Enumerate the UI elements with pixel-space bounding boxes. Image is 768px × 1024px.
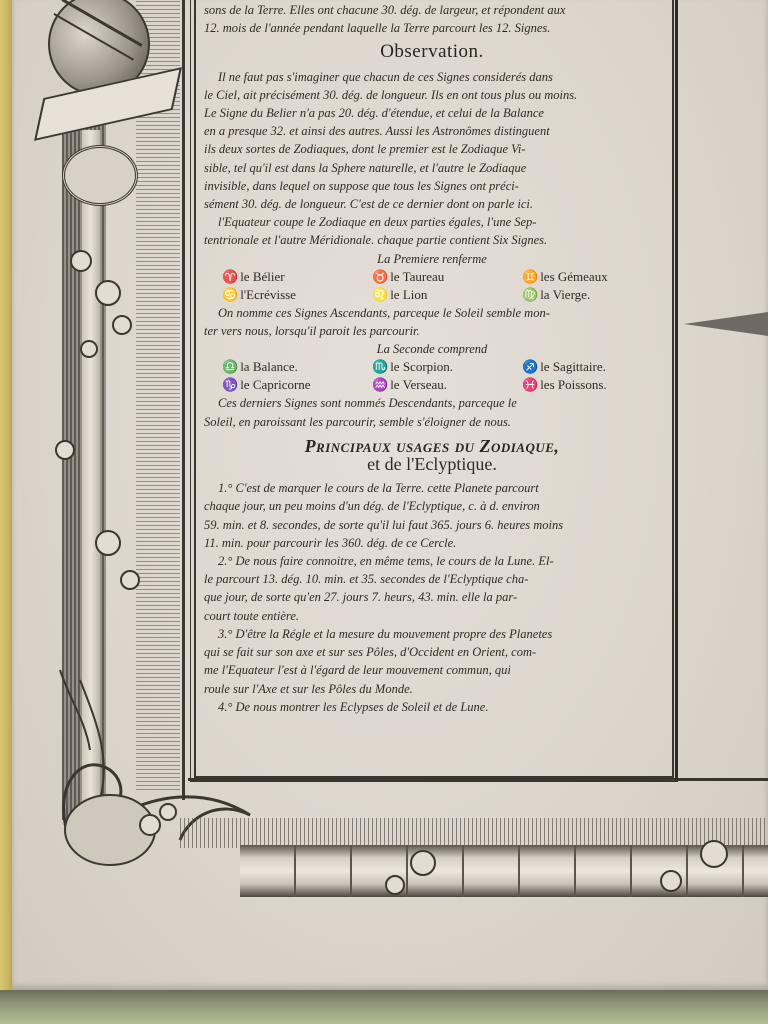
flower-garland-icon	[95, 530, 121, 556]
second-group-label: La Seconde comprend	[204, 340, 660, 358]
sign-aries: ♈le Bélier	[222, 268, 372, 286]
usage-1-line: 1.° C'est de marquer le cours de la Terr…	[204, 479, 660, 497]
descendants-line: Soleil, en paroissant les parcourir, sem…	[204, 413, 660, 431]
border-rule-right	[675, 0, 678, 780]
flower-garland-icon	[700, 840, 728, 868]
observation-line: invisible, dans lequel on suppose que to…	[204, 177, 660, 195]
usage-2-line: le parcourt 13. dég. 10. min. et 35. sec…	[204, 570, 660, 588]
usage-2-line: 2.° De nous faire connoitre, en même tem…	[204, 552, 660, 570]
flower-garland-icon	[95, 280, 121, 306]
aquarius-glyph-icon: ♒	[372, 377, 388, 392]
usage-3-line: 3.° D'être la Régle et la mesure du mouv…	[204, 625, 660, 643]
medallion-icon	[62, 145, 138, 206]
flower-garland-icon	[55, 440, 75, 460]
zodiac-text-body: sons de la Terre. Elles ont chacune 30. …	[204, 0, 660, 716]
observation-line: ils deux sortes de Zodiaques, dont le pr…	[204, 140, 660, 158]
northern-signs-list: ♈le Bélier ♉le Taureau ♊les Gémeaux ♋l'E…	[204, 268, 660, 304]
intro-line: sons de la Terre. Elles ont chacune 30. …	[204, 1, 660, 19]
usage-3-line: roule sur l'Axe et sur les Pôles du Mond…	[204, 680, 660, 698]
observation-line: sible, tel qu'il est dans la Sphere natu…	[204, 159, 660, 177]
flower-garland-icon	[660, 870, 682, 892]
observation-line: le Ciel, ait précisément 30. dég. de lon…	[204, 86, 660, 104]
panel-bottom-rule	[188, 778, 768, 781]
usages-subheading: et de l'Eclyptique.	[204, 455, 660, 473]
sign-gemini: ♊les Gémeaux	[522, 268, 672, 286]
taurus-glyph-icon: ♉	[372, 269, 388, 284]
southern-signs-list: ♎la Balance. ♏le Scorpion. ♐le Sagittair…	[204, 358, 660, 394]
flower-garland-icon	[385, 875, 405, 895]
capricorn-glyph-icon: ♑	[222, 377, 238, 392]
leo-glyph-icon: ♌	[372, 287, 388, 302]
equator-line: tentrionale et l'autre Méridionale. chaq…	[204, 231, 660, 249]
observation-line: sément 30. dég. de longueur. C'est de ce…	[204, 195, 660, 213]
observation-line: en a presque 32. et ainsi des autres. Au…	[204, 122, 660, 140]
sign-virgo: ♍la Vierge.	[522, 286, 672, 304]
sign-pisces: ♓les Poissons.	[522, 376, 672, 394]
column-roll-bottom-engraving	[240, 845, 768, 897]
ascendants-line: ter vers nous, lorsqu'il paroit les parc…	[204, 322, 660, 340]
sign-scorpio: ♏le Scorpion.	[372, 358, 522, 376]
flower-garland-icon	[112, 315, 132, 335]
compass-needle-icon	[684, 312, 768, 336]
frame-bottom-edge	[0, 990, 768, 1024]
descendants-line: Ces derniers Signes sont nommés Descenda…	[204, 394, 660, 412]
observation-line: Le Signe du Belier n'a pas 20. dég. d'ét…	[204, 104, 660, 122]
flower-garland-icon	[70, 250, 92, 272]
sign-libra: ♎la Balance.	[222, 358, 372, 376]
sign-capricorn: ♑le Capricorne	[222, 376, 372, 394]
cancer-glyph-icon: ♋	[222, 287, 238, 302]
aries-glyph-icon: ♈	[222, 269, 238, 284]
first-group-label: La Premiere renferme	[204, 250, 660, 268]
usages-heading: Principaux usages du Zodiaque,	[204, 437, 660, 455]
flower-garland-icon	[80, 340, 98, 358]
usage-1-line: 11. min. pour parcourir les 360. dég. de…	[204, 534, 660, 552]
scorpio-glyph-icon: ♏	[372, 359, 388, 374]
sign-cancer: ♋l'Ecrévisse	[222, 286, 372, 304]
hatched-border-bottom	[180, 818, 768, 848]
flower-garland-icon	[120, 570, 140, 590]
usage-2-line: court toute entière.	[204, 607, 660, 625]
intro-line: 12. mois de l'année pendant laquelle la …	[204, 19, 660, 37]
flower-garland-icon	[410, 850, 436, 876]
sign-leo: ♌le Lion	[372, 286, 522, 304]
libra-glyph-icon: ♎	[222, 359, 238, 374]
usage-1-line: 59. min. et 8. secondes, de sorte qu'il …	[204, 516, 660, 534]
equator-line: l'Equateur coupe le Zodiaque en deux par…	[204, 213, 660, 231]
usage-3-line: qui se fait sur son axe et sur ses Pôles…	[204, 643, 660, 661]
sagittarius-glyph-icon: ♐	[522, 359, 538, 374]
virgo-glyph-icon: ♍	[522, 287, 538, 302]
ascendants-line: On nomme ces Signes Ascendants, parceque…	[204, 304, 660, 322]
gemini-glyph-icon: ♊	[522, 269, 538, 284]
pisces-glyph-icon: ♓	[522, 377, 538, 392]
sign-aquarius: ♒le Verseau.	[372, 376, 522, 394]
usage-3-line: me l'Equateur l'est à l'égard de leur mo…	[204, 661, 660, 679]
usage-4-line: 4.° De nous montrer les Eclypses de Sole…	[204, 698, 660, 716]
usage-2-line: que jour, de sorte qu'en 27. jours 7. he…	[204, 588, 660, 606]
observation-line: Il ne faut pas s'imaginer que chacun de …	[204, 68, 660, 86]
observation-heading: Observation.	[204, 43, 660, 61]
sign-taurus: ♉le Taureau	[372, 268, 522, 286]
sign-sagittarius: ♐le Sagittaire.	[522, 358, 672, 376]
usage-1-line: chaque jour, un peu moins d'un dég. de l…	[204, 497, 660, 515]
